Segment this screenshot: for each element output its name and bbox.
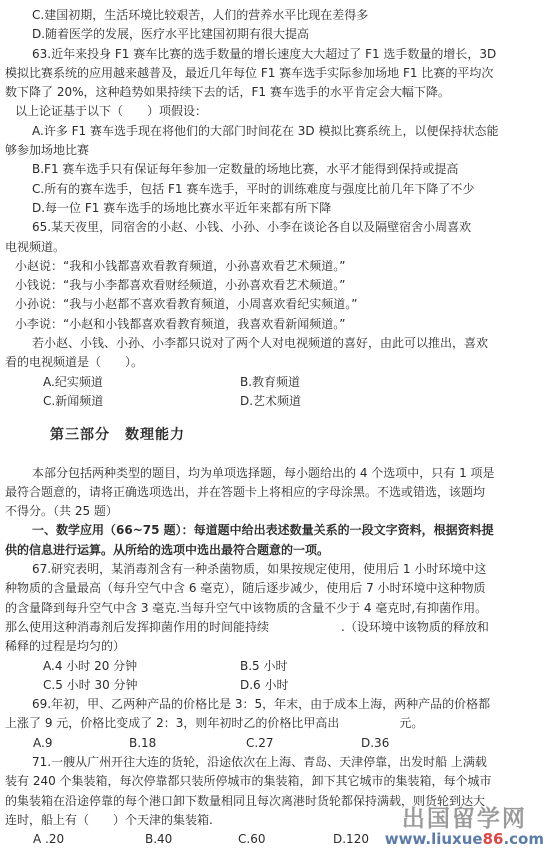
q65-line-2: 电视频道。 bbox=[5, 238, 546, 257]
q65-quote-qian: 小钱说：“我与小李都喜欢看财经频道，小孙喜欢看艺术频道。” bbox=[5, 276, 546, 295]
q67-option-c: C.5 小时 30 分钟 bbox=[43, 676, 240, 695]
q67-line-4: 那么使用这种消毒剂后发挥抑菌作用的时间能持续 .（设环境中该物质的释放和 bbox=[5, 618, 546, 637]
q63-option-a-line-1: A.许多 F1 赛车选手现在将他们的大部门时间花在 3D 模拟比赛系统上，以便保… bbox=[5, 122, 546, 141]
q69-line-1: 69.年初，甲、乙两种产品的价格比是 3：5，年末，由于成本上海，两种产品的价格… bbox=[5, 695, 546, 714]
watermark-url-suffix: .com bbox=[503, 830, 544, 848]
q67-line-2: 种物质的含量最高（每升空气中含 6 毫克），随后逐步减少，使用后 7 小时环境中… bbox=[5, 579, 546, 598]
q69-option-c: C.27 bbox=[246, 734, 361, 753]
q71-option-b: B.40 bbox=[145, 830, 238, 849]
q71-option-d: D.120 bbox=[333, 830, 369, 849]
q69-option-a: A.9 bbox=[33, 734, 129, 753]
q65-stem-line-2: 看的电视频道是（ ）。 bbox=[5, 353, 546, 372]
q63-option-b: B.F1 赛车选手只有保证每年参加一定数量的场地比赛，水平才能得到保持或提高 bbox=[5, 160, 546, 179]
q65-option-c: C.新闻频道 bbox=[43, 392, 240, 411]
watermark-url: www.liuxue86.com bbox=[385, 832, 544, 847]
q65-quote-zhao: 小赵说：“我和小钱都喜欢看教育频道，小孙喜欢看艺术频道。” bbox=[5, 257, 546, 276]
part3-intro-line-2: 最符合题意的，请将正确选项选出，并在答题卡上将相应的字母涂黑。不选或错选，该题均 bbox=[5, 483, 546, 502]
q71-option-a: A .20 bbox=[33, 830, 145, 849]
q65-line-1: 65.某天夜里，同宿舍的小赵、小钱、小孙、小李在谈论各自以及隔壁宿舍小周喜欢 bbox=[5, 218, 546, 237]
q67-options-row-1: A.4 小时 20 分钟B.5 小时 bbox=[5, 657, 546, 676]
part3-intro-line-3: 不得分。（共 25 题） bbox=[5, 502, 546, 521]
watermark-url-highlight: 86 bbox=[483, 830, 504, 848]
q63-option-c: C.所有的赛车选手，包括 F1 赛车选手，平时的训练难度与强度比前几年下降了不少 bbox=[5, 180, 546, 199]
exam-page: C.建国初期，生活环境比较艰苦，人们的营养水平比现在差得多 D.随着医学的发展，… bbox=[0, 0, 550, 851]
q67-line-5: 稀释的过程是均匀的） bbox=[5, 637, 546, 656]
exam-text-block: C.建国初期，生活环境比较艰苦，人们的营养水平比现在差得多 D.随着医学的发展，… bbox=[0, 0, 550, 849]
q71-line-2: 装有 240 个集装箱，每次停靠都只装所停城市的集装箱，卸下其它城市的集装箱，每… bbox=[5, 772, 546, 791]
q65-option-b: B.教育频道 bbox=[240, 375, 300, 389]
part3-heading: 第三部分 数理能力 bbox=[5, 426, 546, 445]
watermark: 出国留学网 www.liuxue86.com bbox=[385, 808, 544, 847]
q69-options-row: A.9B.18C.27D.36 bbox=[5, 734, 546, 753]
q67-options-row-2: C.5 小时 30 分钟D.6 小时 bbox=[5, 676, 546, 695]
q69-option-d: D.36 bbox=[361, 734, 389, 753]
q67-option-d: D.6 小时 bbox=[240, 678, 289, 692]
q63-line-1: 63.近年来投身 F1 赛车比赛的选手数量的增长速度大大超过了 F1 选手数量的… bbox=[5, 45, 546, 64]
q65-options-row-2: C.新闻频道D.艺术频道 bbox=[5, 392, 546, 411]
part3-section1-line-1: 一、数学应用（66~75 题）：每道题中给出表述数量关系的一段文字资料，根据资料… bbox=[5, 521, 546, 540]
q65-quote-sun: 小孙说：“我与小赵都不喜欢看教育频道，小周喜欢看纪实频道。” bbox=[5, 295, 546, 314]
q71-option-c: C.60 bbox=[238, 830, 333, 849]
q65-quote-li: 小李说：“小赵和小钱都喜欢看教育频道，我喜欢看新闻频道。” bbox=[5, 315, 546, 334]
q63-line-2: 模拟比赛系统的应用越来越普及，最近几年每位 F1 赛车选手实际参加场地 F1 比… bbox=[5, 64, 546, 83]
q62-option-c: C.建国初期，生活环境比较艰苦，人们的营养水平比现在差得多 bbox=[5, 6, 546, 25]
q65-option-d: D.艺术频道 bbox=[240, 394, 301, 408]
q67-line-3: 的含量降到每升空气中含 3 毫克.当每升空气中该物质的含量不少于 4 毫克时,有… bbox=[5, 599, 546, 618]
q63-stem: 以上论证基于以下（ ）项假设： bbox=[5, 102, 546, 121]
q65-options-row-1: A.纪实频道B.教育频道 bbox=[5, 373, 546, 392]
q62-option-d: D.随着医学的发展，医疗水平比建国初期有很大提高 bbox=[5, 25, 546, 44]
q67-option-b: B.5 小时 bbox=[240, 659, 288, 673]
q67-option-a: A.4 小时 20 分钟 bbox=[43, 657, 240, 676]
watermark-site-name: 出国留学网 bbox=[385, 808, 544, 831]
part3-section1-line-2: 供的信息进行运算。从所给的选项中选出最符合题意的一项。 bbox=[5, 541, 546, 560]
q63-option-a-line-2: 够参加场地比赛 bbox=[5, 141, 546, 160]
q63-option-d: D.每一位 F1 赛车选手的场地比赛水平近年来都有所下降 bbox=[5, 199, 546, 218]
q69-line-2: 上涨了 9 元，价格比变成了 2：3，则年初时乙的价格比甲高出 元。 bbox=[5, 714, 546, 733]
q69-option-b: B.18 bbox=[129, 734, 246, 753]
q71-line-1: 71.一艘从广州开往大连的货轮，沿途依次在上海、青岛、天津停靠，出发时船 上满载 bbox=[5, 753, 546, 772]
q65-stem-line-1: 若小赵、小钱、小孙、小李都只说对了两个人对电视频道的喜好，由此可以推出，喜欢 bbox=[5, 334, 546, 353]
part3-intro-line-1: 本部分包括两种类型的题目，均为单项选择题，每小题给出的 4 个选项中，只有 1 … bbox=[5, 464, 546, 483]
watermark-url-prefix: www.liuxue bbox=[385, 830, 483, 848]
q63-line-3: 数下降了 20%，这种趋势如果持续下去的话，F1 赛车选手的水平肯定会大幅下降。 bbox=[5, 83, 546, 102]
q67-line-1: 67.研究表明，某消毒剂含有一种杀菌物质，如果按规定使用，使用后 1 小时环境中… bbox=[5, 560, 546, 579]
q65-option-a: A.纪实频道 bbox=[43, 373, 240, 392]
